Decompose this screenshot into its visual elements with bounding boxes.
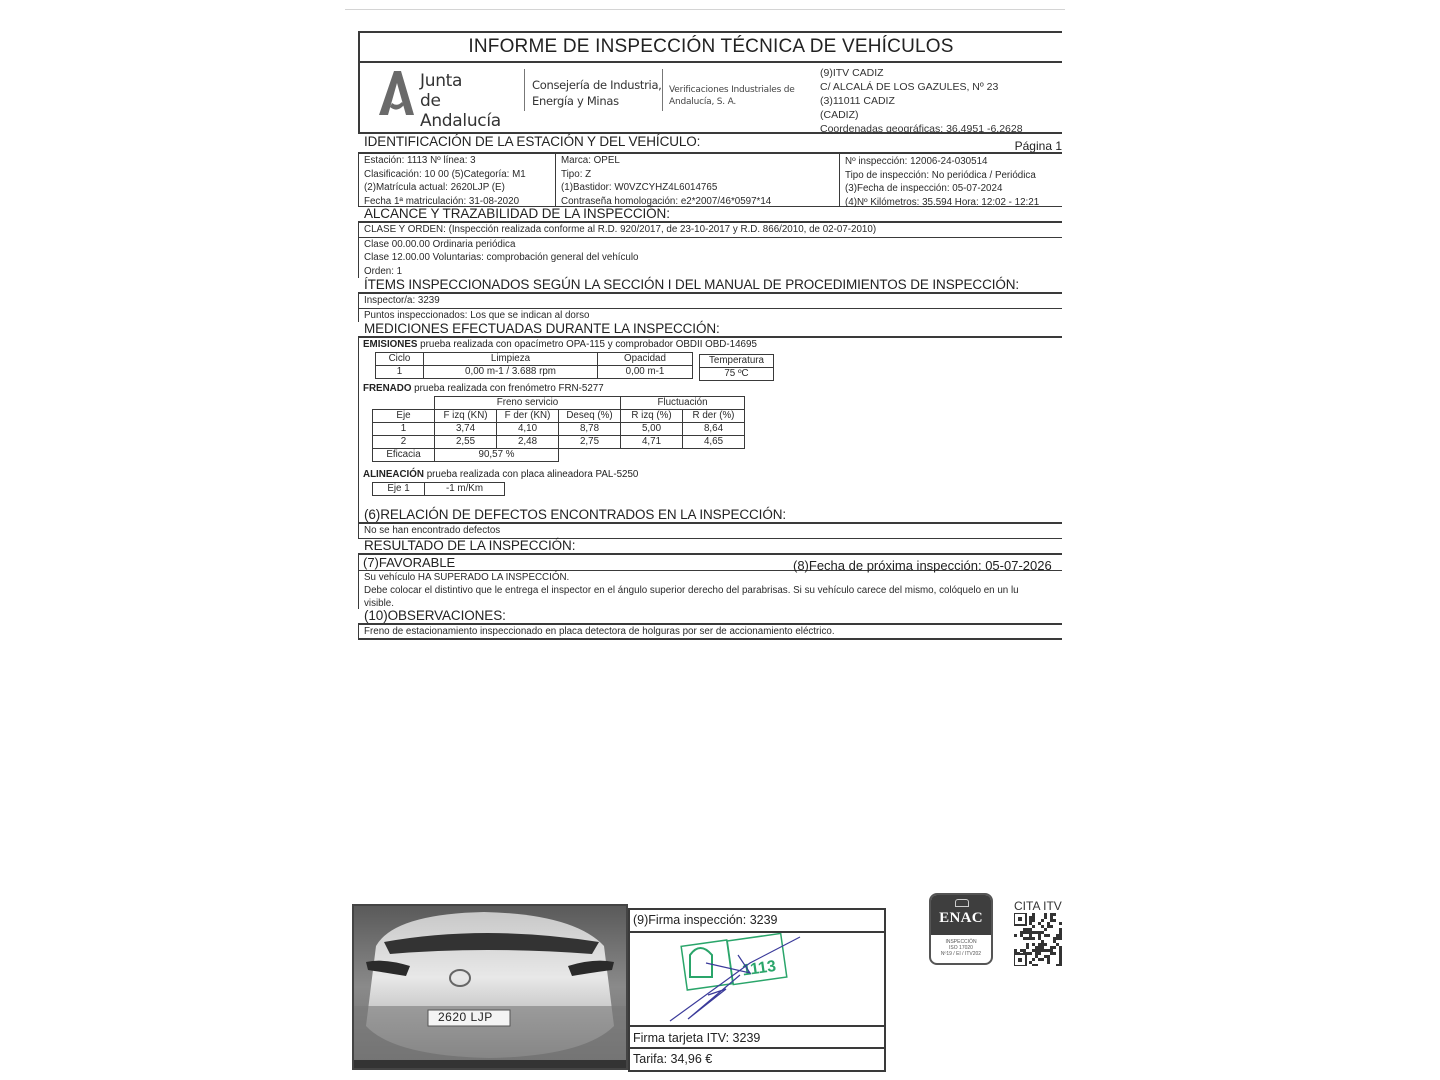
identification-table: Estación: 1113 Nº línea: 3 Clasificación… [358, 152, 1062, 207]
firma-inspeccion: (9)Firma inspección: 3239 [630, 910, 884, 933]
vehicle-photo: 2620 LJP [352, 904, 628, 1070]
verificaciones-line2: Andalucía, S. A. [669, 96, 795, 108]
footer-block: 2620 LJP (9)Firma inspección: 3239 1113 … [352, 904, 886, 1072]
cita-itv-label: CITA ITV [1014, 899, 1062, 913]
eficacia-value: 90,57 % [435, 449, 559, 462]
alineacion-eje: Eje 1 [373, 483, 425, 496]
station-address-block: (9)ITV CADIZ C/ ALCALÁ DE LOS GAZULES, N… [820, 66, 1023, 136]
station-province: (CADIZ) [820, 108, 1023, 122]
station-address: C/ ALCALÁ DE LOS GAZULES, Nº 23 [820, 80, 1023, 94]
station-line: Estación: 1113 Nº línea: 3 [364, 154, 555, 168]
emisiones-opacidad-table: Opacidad 0,00 m-1 [597, 352, 693, 379]
cell: 8,78 [559, 423, 621, 436]
eficacia-label: Eficacia [373, 449, 435, 462]
emisiones-heading: EMISIONES prueba realizada con opacímetr… [359, 339, 757, 350]
next-inspection-date: (8)Fecha de próxima inspección: 05-07-20… [793, 558, 1052, 573]
group-freno-servicio: Freno servicio [435, 397, 621, 410]
header-r-izq: R izq (%) [621, 410, 683, 423]
qr-code-icon[interactable] [1014, 913, 1062, 966]
header-r-der: R der (%) [683, 410, 745, 423]
kilometers-time: (4)Nº Kilómetros: 35.594 Hora: 12:02 - 1… [845, 196, 1062, 210]
cell: 2,75 [559, 436, 621, 449]
junta-logo-icon [376, 69, 416, 117]
tarifa: Tarifa: 34,96 € [630, 1049, 884, 1069]
license-plate: (2)Matrícula actual: 2620LJP (E) [364, 181, 555, 195]
table-row: 1 3,74 4,10 8,78 5,00 8,64 [373, 423, 745, 436]
alineacion-table: Eje 1-1 m/Km [372, 482, 505, 496]
vehicle-brand: Marca: OPEL [561, 154, 839, 168]
consejeria-label: Consejería de Industria, Energía y Minas [532, 77, 662, 109]
header-deseq: Deseq (%) [559, 410, 621, 423]
logo-line2: de Andalucía [420, 91, 526, 131]
section-title-items: ÍTEMS INSPECCIONADOS SEGÚN LA SECCIÓN I … [358, 278, 1062, 292]
firma-tarjeta: Firma tarjeta ITV: 3239 [630, 1027, 884, 1049]
header-temperatura: Temperatura [700, 355, 774, 368]
divider [662, 69, 663, 111]
car-rear-image [354, 906, 626, 1068]
verificaciones-label: Verificaciones Industriales de Andalucía… [669, 84, 795, 108]
station-name: (9)ITV CADIZ [820, 66, 1023, 80]
page-number: Página 1 [1015, 139, 1062, 153]
verificaciones-line1: Verificaciones Industriales de [669, 84, 795, 96]
defectos-text: No se han encontrado defectos [359, 524, 1062, 539]
alineacion-heading: ALINEACIÓN prueba realizada con placa al… [359, 469, 638, 480]
station-column: Estación: 1113 Nº línea: 3 Clasificación… [359, 154, 556, 206]
cell: 5,00 [621, 423, 683, 436]
enac-badge: ENAC INSPECCIÓN ISO 17020 Nº19 / EI / IT… [929, 893, 993, 965]
emisiones-label: EMISIONES [363, 339, 417, 350]
station-coordinates: Coordenadas geográficas: 36,4951 -6,2628 [820, 122, 1023, 136]
signature-box: (9)Firma inspección: 3239 1113 Firma tar… [628, 908, 886, 1072]
verdict-row: (7)FAVORABLE (8)Fecha de próxima inspecc… [359, 555, 1062, 571]
inspector-row: Inspector/a: 3239 [359, 294, 1062, 309]
junta-andalucia-logo: Junta de Andalucía [376, 69, 526, 117]
frenado-desc: prueba realizada con frenómetro FRN-5277 [411, 383, 603, 394]
header-opacidad: Opacidad [598, 353, 693, 366]
consejeria-line2: Energía y Minas [532, 93, 662, 109]
cell: 2,48 [497, 436, 559, 449]
logo-line1: Junta [420, 71, 526, 91]
stamp-signature-icon: 1113 [630, 933, 884, 1027]
signature-area: 1113 [630, 933, 884, 1027]
clase-row: Clase 00.00.00 Ordinaria periódica [359, 238, 1062, 252]
station-postal: (3)11011 CADIZ [820, 94, 1023, 108]
report-title: INFORME DE INSPECCIÓN TÉCNICA DE VEHÍCUL… [360, 36, 1062, 58]
inspection-column: Nº inspección: 12006-24-030514 Tipo de i… [840, 154, 1062, 206]
inspection-type: Tipo de inspección: No periódica / Perió… [845, 169, 1062, 183]
section-title-mediciones: MEDICIONES EFECTUADAS DURANTE LA INSPECC… [358, 322, 1062, 336]
resultado-box: (7)FAVORABLE (8)Fecha de próxima inspecc… [358, 553, 1062, 609]
cell: 8,64 [683, 423, 745, 436]
header-limpieza: Limpieza [424, 353, 598, 366]
verdict: (7)FAVORABLE [363, 555, 455, 570]
vehicle-column: Marca: OPEL Tipo: Z (1)Bastidor: W0VZCYH… [556, 154, 840, 206]
alcance-box: CLASE Y ORDEN: (Inspección realizada con… [358, 221, 1062, 278]
emisiones-temperatura-table: Temperatura 75 ºC [699, 354, 774, 381]
frenado-table: Freno servicio Fluctuación Eje F izq (KN… [372, 396, 745, 462]
header-f-izq: F izq (KN) [435, 410, 497, 423]
license-plate-text: 2620 LJP [438, 1010, 493, 1024]
puntos-row: Puntos inspeccionados: Los que se indica… [359, 309, 1062, 323]
inspection-date: (3)Fecha de inspección: 05-07-2024 [845, 182, 1062, 196]
enac-line: Nº19 / EI / ITV202 [931, 951, 991, 957]
result-line: Su vehículo HA SUPERADO LA INSPECCIÓN. [359, 571, 1062, 585]
divider [524, 69, 525, 111]
consejeria-line1: Consejería de Industria, [532, 77, 662, 93]
header-eje: Eje [373, 410, 435, 423]
vehicle-vin: (1)Bastidor: W0VZCYHZ4L6014765 [561, 181, 839, 195]
cell: 4,65 [683, 436, 745, 449]
cell: 2 [373, 436, 435, 449]
vehicle-type: Tipo: Z [561, 168, 839, 182]
cell: 3,74 [435, 423, 497, 436]
alineacion-value: -1 m/Km [425, 483, 505, 496]
emisiones-desc: prueba realizada con opacímetro OPA-115 … [417, 339, 756, 350]
cell: 4,71 [621, 436, 683, 449]
value-opacidad: 0,00 m-1 [598, 366, 693, 379]
cell: 1 [373, 423, 435, 436]
clase-orden: CLASE Y ORDEN: (Inspección realizada con… [359, 223, 1062, 238]
section-title-resultado: RESULTADO DE LA INSPECCIÓN: [358, 539, 1062, 553]
value-temperatura: 75 ºC [700, 368, 774, 381]
section-title-observaciones: (10)OBSERVACIONES: [358, 609, 1062, 623]
classification: Clasificación: 10 00 (5)Categoría: M1 [364, 168, 555, 182]
scan-edge-line [345, 9, 1065, 10]
cell: 2,55 [435, 436, 497, 449]
group-fluctuacion: Fluctuación [621, 397, 745, 410]
frenado-heading: FRENADO prueba realizada con frenómetro … [359, 383, 604, 394]
value-ciclo: 1 [376, 366, 424, 379]
crown-icon [955, 899, 969, 907]
result-instruction: Debe colocar el distintivo que le entreg… [359, 584, 1062, 598]
clase-row: Clase 12.00.00 Voluntarias: comprobación… [359, 251, 1062, 265]
section-title-identificacion: IDENTIFICACIÓN DE LA ESTACIÓN Y DEL VEHÍ… [358, 135, 1062, 149]
observaciones-text: Freno de estacionamiento inspeccionado e… [359, 625, 1062, 639]
inspection-report: INFORME DE INSPECCIÓN TÉCNICA DE VEHÍCUL… [358, 31, 1062, 640]
cell: 4,10 [497, 423, 559, 436]
alineacion-label: ALINEACIÓN [363, 469, 424, 480]
frenado-label: FRENADO [363, 383, 411, 394]
report-header: INFORME DE INSPECCIÓN TÉCNICA DE VEHÍCUL… [358, 31, 1062, 134]
observaciones-box: Freno de estacionamiento inspeccionado e… [358, 623, 1062, 641]
inspection-number: Nº inspección: 12006-24-030514 [845, 155, 1062, 169]
alineacion-desc: prueba realizada con placa alineadora PA… [424, 469, 638, 480]
result-instruction-cont: visible. [359, 598, 1062, 609]
header-ciclo: Ciclo [376, 353, 424, 366]
mediciones-box: EMISIONES prueba realizada con opacímetr… [358, 336, 1062, 526]
header-f-der: F der (KN) [497, 410, 559, 423]
table-row: 2 2,55 2,48 2,75 4,71 4,65 [373, 436, 745, 449]
divider [360, 61, 1062, 63]
orden-row: Orden: 1 [359, 265, 1062, 279]
value-limpieza: 0,00 m-1 / 3.688 rpm [424, 366, 598, 379]
emisiones-ciclo-table: CicloLimpieza 10,00 m-1 / 3.688 rpm [375, 352, 598, 379]
items-box: Inspector/a: 3239 Puntos inspeccionados:… [358, 292, 1062, 322]
